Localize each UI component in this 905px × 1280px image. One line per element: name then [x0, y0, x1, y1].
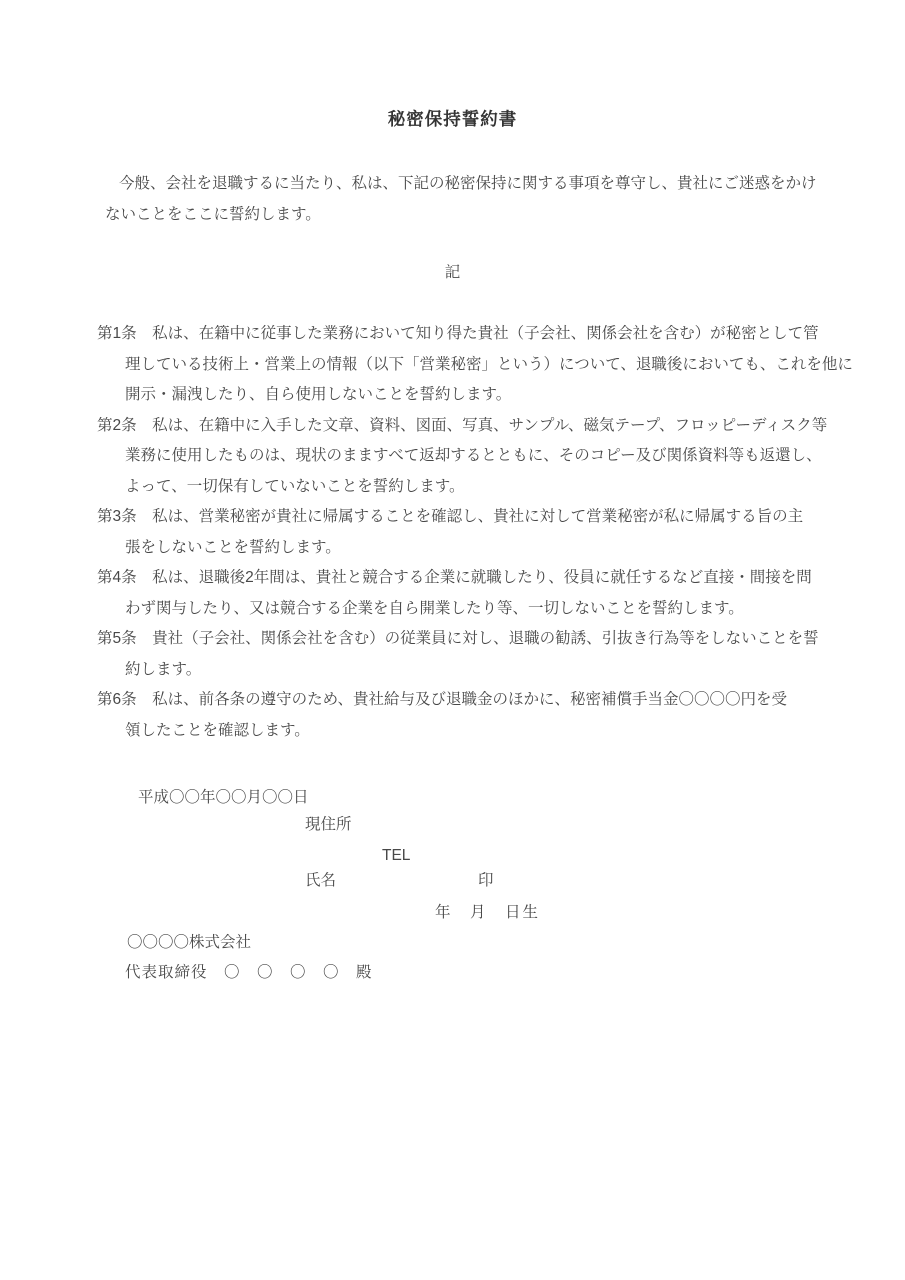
name-label: 氏名 [305, 866, 336, 896]
address-label: 現住所 [305, 810, 352, 840]
date-line: 平成〇〇年〇〇月〇〇日 [138, 783, 309, 813]
intro-paragraph: 今般、会社を退職するに当たり、私は、下記の秘密保持に関する事項を尊守し、貴社にご… [105, 168, 817, 230]
article-3: 第3条 私は、営業秘密が貴社に帰属することを確認し、貴社に対して営業秘密が私に帰… [97, 502, 810, 563]
ki-marker: 記 [0, 258, 905, 288]
document-page: 秘密保持誓約書 今般、会社を退職するに当たり、私は、下記の秘密保持に関する事項を… [0, 0, 905, 1280]
articles-section: 第1条 私は、在籍中に従事した業務において知り得た貴社（子会社、関係会社を含む）… [97, 319, 810, 746]
tel-label: TEL [382, 841, 410, 871]
company-name: 〇〇〇〇株式会社 [127, 928, 251, 958]
article-5: 第5条 貴社（子会社、関係会社を含む）の従業員に対し、退職の勧誘、引抜き行為等を… [97, 624, 810, 685]
representative-line: 代表取締役 〇 〇 〇 〇 殿 [125, 958, 373, 988]
article-2: 第2条 私は、在籍中に入手した文章、資料、図面、写真、サンプル、磁気テープ、フロ… [97, 411, 810, 503]
article-1: 第1条 私は、在籍中に従事した業務において知り得た貴社（子会社、関係会社を含む）… [97, 319, 810, 411]
seal-label: 印 [478, 866, 494, 896]
page-title: 秘密保持誓約書 [0, 107, 905, 131]
birthdate-label: 年 月 日生 [435, 898, 540, 928]
article-4: 第4条 私は、退職後2年間は、貴社と競合する企業に就職したり、役員に就任するなど… [97, 563, 810, 624]
article-6: 第6条 私は、前各条の遵守のため、貴社給与及び退職金のほかに、秘密補償手当金〇〇… [97, 685, 810, 746]
